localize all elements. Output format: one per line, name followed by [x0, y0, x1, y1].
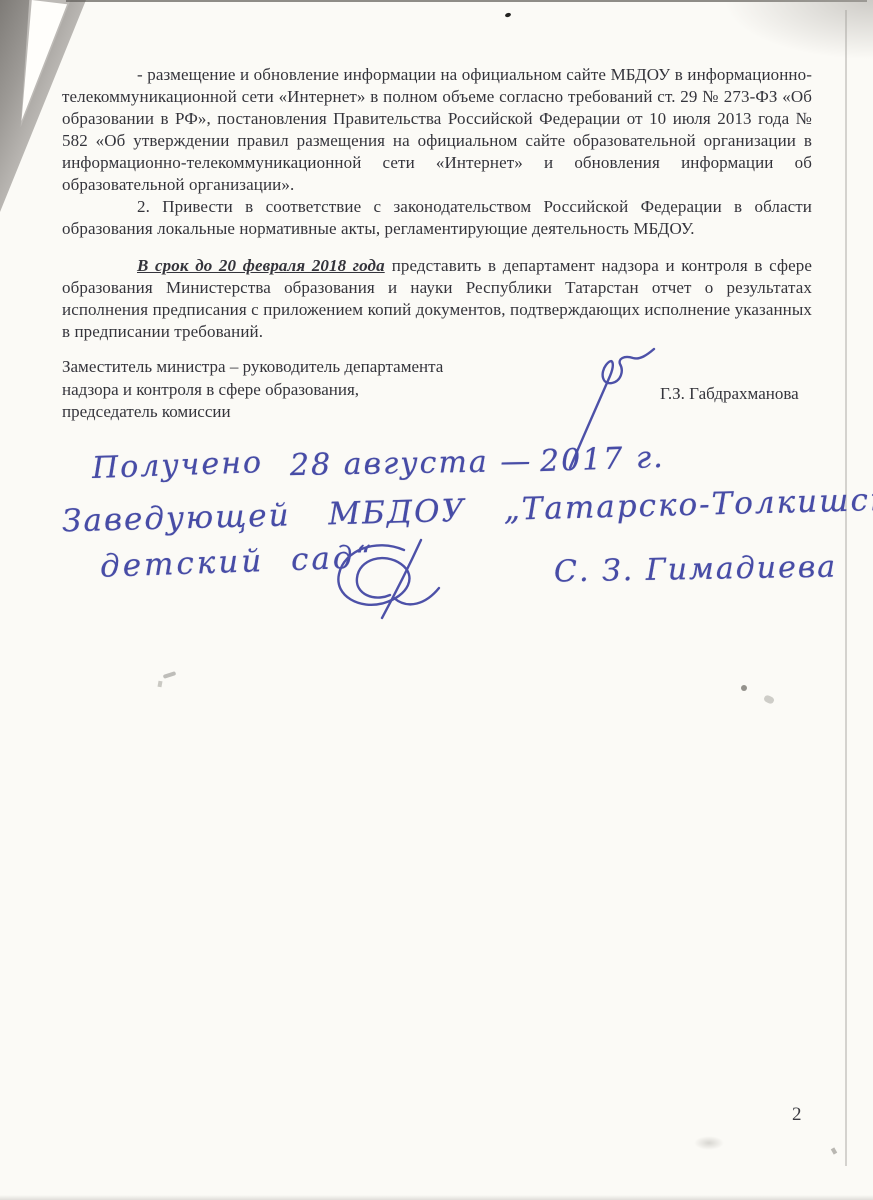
page-number: 2: [792, 1104, 802, 1126]
paragraph-website-information: - размещение и обновление информации на …: [62, 64, 812, 196]
scanned-document-page: - размещение и обновление информации на …: [0, 0, 873, 1200]
scan-speck: [831, 1147, 837, 1154]
deadline-date-emphasis: В срок до 20 февраля 2018 года: [137, 256, 385, 275]
scan-speck: [163, 671, 177, 679]
paragraph-local-acts: 2. Привести в соответствие с законодател…: [62, 196, 812, 240]
signer-name: Г.З. Габдрахманова: [660, 383, 799, 406]
scan-speck: [158, 681, 163, 688]
handwritten-receipt-note: Получено 28 августа — 2017 г. Заведующей…: [62, 440, 867, 625]
scan-speck: [763, 694, 775, 704]
handwritten-year: 2017 г.: [539, 440, 665, 479]
handwritten-received-word: Получено: [91, 445, 263, 486]
gimadieva-signature-icon: [324, 536, 459, 621]
paragraph-deadline: В срок до 20 февраля 2018 годапредставит…: [62, 255, 812, 343]
scan-bottom-shadow: [0, 1195, 873, 1200]
handwritten-recipient-line: Заведующей МБДОУ „Татарско-Толкишской: [62, 481, 873, 540]
ink-speck: [504, 12, 511, 18]
scan-smudge: [694, 1136, 724, 1150]
scan-speck: [741, 685, 747, 691]
handwritten-date: 28 августа —: [290, 444, 533, 483]
signer-title-line: Заместитель министра – руководитель депа…: [62, 356, 842, 379]
handwritten-signee-name: С. З. Гимадиева: [554, 550, 838, 590]
scan-topright-shadow: [723, 0, 873, 60]
document-body: - размещение и обновление информации на …: [62, 64, 812, 343]
